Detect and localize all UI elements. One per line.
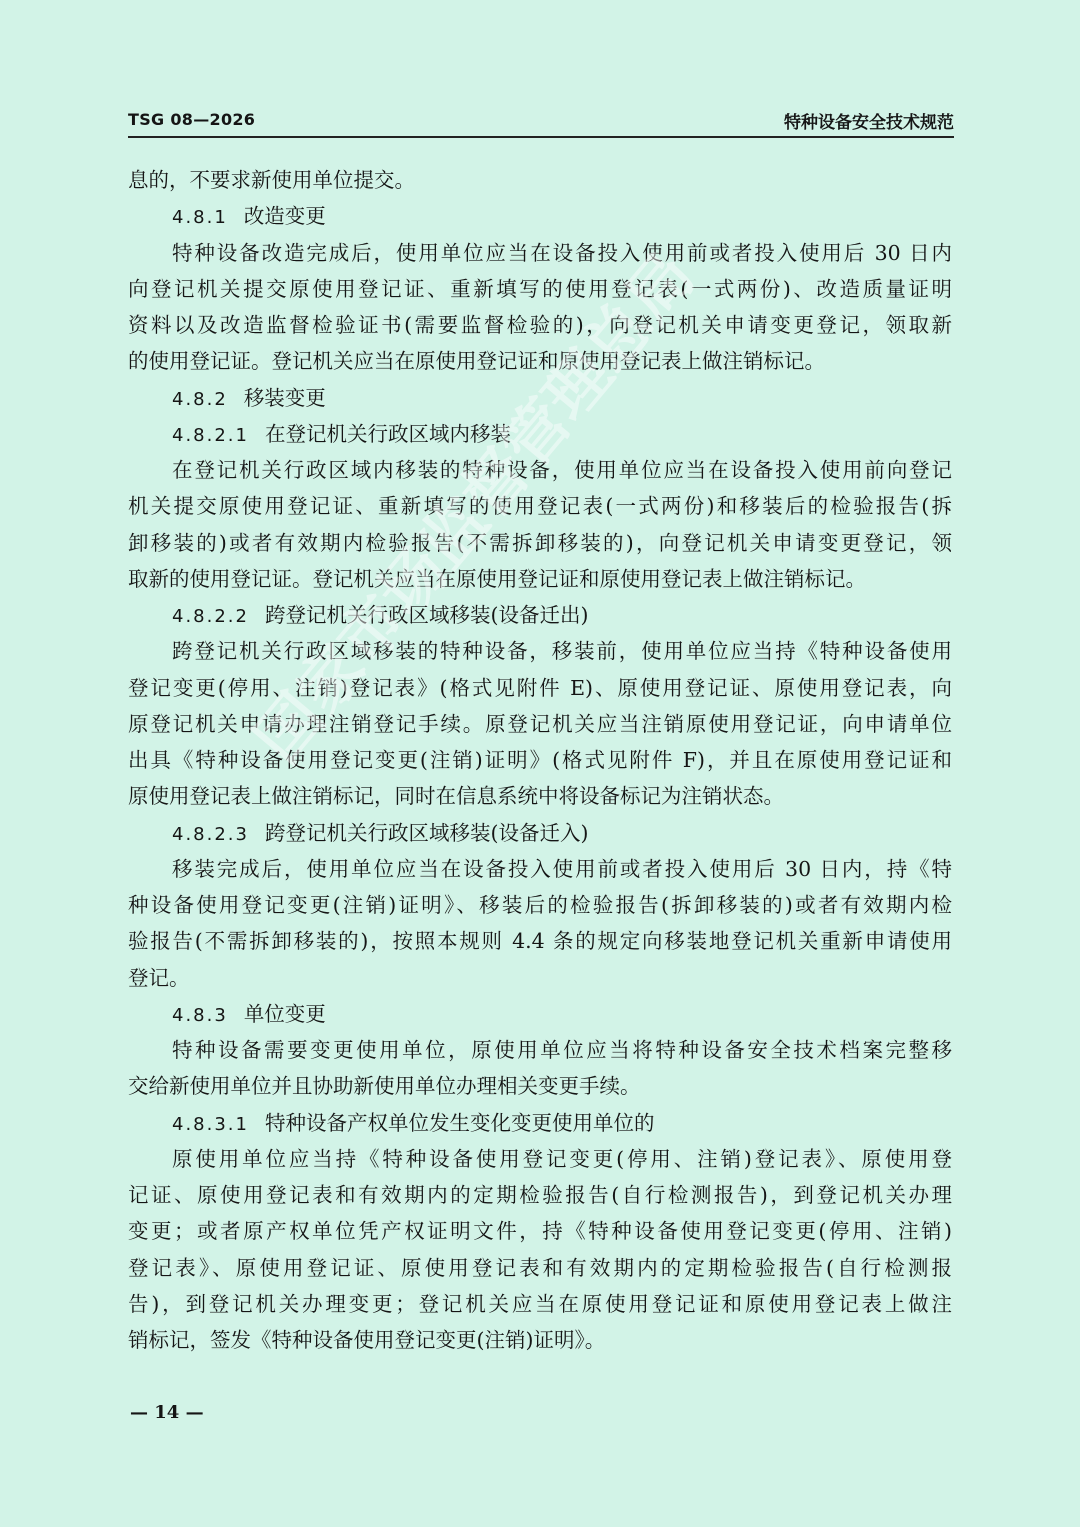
paragraph-line: 原登记机关申请办理注销登记手续。原登记机关应当注销原使用登记证，向申请单位 xyxy=(128,706,952,742)
paragraph-line: 特种设备需要变更使用单位，原使用单位应当将特种设备安全技术档案完整移 xyxy=(128,1032,952,1068)
paragraph-line: 息的，不要求新使用单位提交。 xyxy=(128,162,952,198)
paragraph-line: 卸移装的)或者有效期内检验报告(不需拆卸移装的)，向登记机关申请变更登记，领 xyxy=(128,525,952,561)
paragraph-line: 出具《特种设备使用登记变更(注销)证明》(格式见附件 F)，并且在原使用登记证和 xyxy=(128,742,952,778)
paragraph-line: 登记表》、原使用登记证、原使用登记表和有效期内的定期检验报告(自行检测报 xyxy=(128,1250,952,1286)
section-heading-4-8-3: 4.8.3单位变更 xyxy=(128,996,952,1032)
section-number: 4.8.2 xyxy=(172,389,228,410)
section-number: 4.8.2.3 xyxy=(172,824,249,845)
paragraph-line: 记证、原使用登记表和有效期内的定期检验报告(自行检测报告)，到登记机关办理 xyxy=(128,1177,952,1213)
paragraph-line: 种设备使用登记变更(注销)证明》、移装后的检验报告(拆卸移装的)或者有效期内检 xyxy=(128,887,952,923)
paragraph-line: 销标记，签发《特种设备使用登记变更(注销)证明》。 xyxy=(128,1322,952,1358)
section-heading-4-8-2: 4.8.2移装变更 xyxy=(128,380,952,416)
section-title: 在登记机关行政区域内移装 xyxy=(265,422,511,446)
section-number: 4.8.3.1 xyxy=(172,1114,249,1135)
paragraph-line: 原使用单位应当持《特种设备使用登记变更(停用、注销)登记表》、原使用登 xyxy=(128,1141,952,1177)
paragraph-line: 机关提交原使用登记证、重新填写的使用登记表(一式两份)和移装后的检验报告(拆 xyxy=(128,488,952,524)
paragraph-line: 向登记机关提交原使用登记证、重新填写的使用登记表(一式两份)、改造质量证明 xyxy=(128,271,952,307)
section-title: 跨登记机关行政区域移装(设备迁入) xyxy=(265,821,589,845)
paragraph-line: 取新的使用登记证。登记机关应当在原使用登记证和原使用登记表上做注销标记。 xyxy=(128,561,952,597)
section-heading-4-8-3-1: 4.8.3.1特种设备产权单位发生变化变更使用单位的 xyxy=(128,1105,952,1141)
standard-code: TSG 08—2026 xyxy=(128,110,255,129)
paragraph-line: 特种设备改造完成后，使用单位应当在设备投入使用前或者投入使用后 30 日内 xyxy=(128,235,952,271)
paragraph-line: 跨登记机关行政区域移装的特种设备，移装前，使用单位应当持《特种设备使用 xyxy=(128,633,952,669)
running-header: TSG 08—2026 特种设备安全技术规范 xyxy=(128,108,954,138)
section-number: 4.8.1 xyxy=(172,207,228,228)
page-number: — 14 — xyxy=(130,1402,204,1423)
section-title: 移装变更 xyxy=(244,386,326,410)
section-title: 改造变更 xyxy=(244,204,326,228)
section-heading-4-8-2-3: 4.8.2.3跨登记机关行政区域移装(设备迁入) xyxy=(128,815,952,851)
section-heading-4-8-2-2: 4.8.2.2跨登记机关行政区域移装(设备迁出) xyxy=(128,597,952,633)
section-number: 4.8.2.2 xyxy=(172,606,249,627)
paragraph-line: 登记变更(停用、注销)登记表》(格式见附件 E)、原使用登记证、原使用登记表，向 xyxy=(128,670,952,706)
page-body: 息的，不要求新使用单位提交。 4.8.1改造变更 特种设备改造完成后，使用单位应… xyxy=(128,162,952,1358)
header-title: 特种设备安全技术规范 xyxy=(784,108,954,133)
paragraph-line: 验报告(不需拆卸移装的)，按照本规则 4.4 条的规定向移装地登记机关重新申请使… xyxy=(128,923,952,959)
section-number: 4.8.3 xyxy=(172,1005,228,1026)
paragraph-line: 移装完成后，使用单位应当在设备投入使用前或者投入使用后 30 日内，持《特 xyxy=(128,851,952,887)
section-title: 单位变更 xyxy=(244,1002,326,1026)
paragraph-line: 资料以及改造监督检验证书(需要监督检验的)，向登记机关申请变更登记，领取新 xyxy=(128,307,952,343)
paragraph-line: 告)，到登记机关办理变更；登记机关应当在原使用登记证和原使用登记表上做注 xyxy=(128,1286,952,1322)
paragraph-line: 原使用登记表上做注销标记，同时在信息系统中将设备标记为注销状态。 xyxy=(128,778,952,814)
paragraph-line: 的使用登记证。登记机关应当在原使用登记证和原使用登记表上做注销标记。 xyxy=(128,343,952,379)
section-heading-4-8-2-1: 4.8.2.1在登记机关行政区域内移装 xyxy=(128,416,952,452)
paragraph-line: 变更；或者原产权单位凭产权证明文件，持《特种设备使用登记变更(停用、注销) xyxy=(128,1213,952,1249)
paragraph-line: 交给新使用单位并且协助新使用单位办理相关变更手续。 xyxy=(128,1068,952,1104)
paragraph-line: 在登记机关行政区域内移装的特种设备，使用单位应当在设备投入使用前向登记 xyxy=(128,452,952,488)
section-title: 跨登记机关行政区域移装(设备迁出) xyxy=(265,603,589,627)
section-title: 特种设备产权单位发生变化变更使用单位的 xyxy=(265,1111,655,1135)
paragraph-line: 登记。 xyxy=(128,960,952,996)
section-heading-4-8-1: 4.8.1改造变更 xyxy=(128,198,952,234)
section-number: 4.8.2.1 xyxy=(172,425,249,446)
